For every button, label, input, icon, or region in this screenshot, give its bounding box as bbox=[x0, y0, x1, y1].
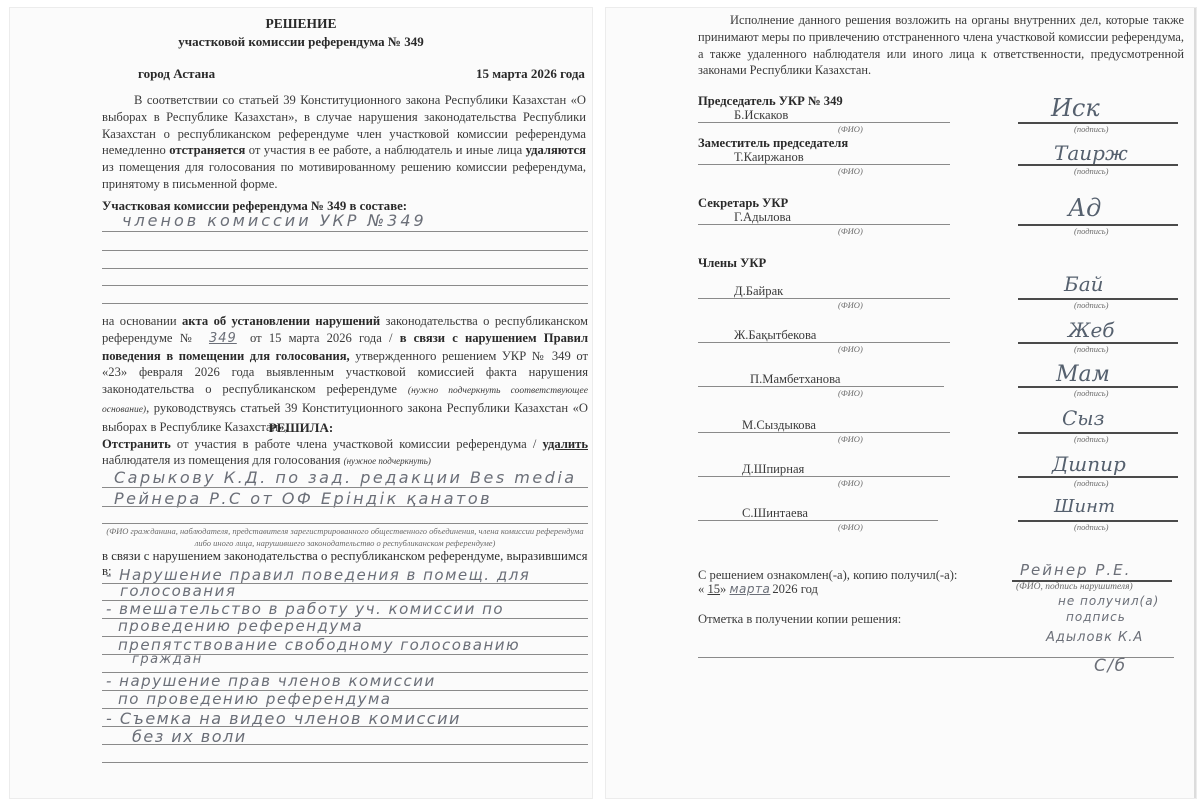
fio-caption: (ФИО) bbox=[838, 388, 863, 398]
fio-line bbox=[698, 122, 950, 123]
signature-caption: (подпись) bbox=[1074, 522, 1109, 532]
member-name: М.Сыздыкова bbox=[742, 418, 816, 433]
members-heading: Члены УКР bbox=[698, 256, 766, 271]
refusal-note: подпись bbox=[1066, 610, 1126, 624]
fio-caption: (ФИО) bbox=[838, 478, 863, 488]
name-deputy: Т.Каиржанов bbox=[734, 150, 804, 165]
decision-paragraph: Отстранить от участия в работе члена уча… bbox=[102, 436, 588, 469]
decision-bold-suspend: Отстранить bbox=[102, 437, 171, 451]
intro-bold-suspended: отстраняется bbox=[169, 143, 245, 157]
signature-caption: (подпись) bbox=[1074, 388, 1109, 398]
composition-handwritten: членов комиссии УКР №349 bbox=[122, 211, 427, 230]
fio-caption: (ФИО) bbox=[838, 226, 863, 236]
member-name: Ж.Бақытбекова bbox=[734, 328, 816, 343]
member-signature: Сыз bbox=[1062, 406, 1105, 430]
member-name: П.Мамбетханова bbox=[750, 372, 840, 387]
signature-chairman: Иск bbox=[1051, 94, 1100, 122]
fio-caption: (ФИО) bbox=[838, 300, 863, 310]
signature-caption: (подпись) bbox=[1074, 344, 1109, 354]
role-chairman: Председатель УКР № 349 bbox=[698, 94, 843, 109]
signature-caption: (подпись) bbox=[1074, 434, 1109, 444]
fio-line bbox=[698, 298, 950, 299]
signature-secretary: Ад bbox=[1068, 194, 1101, 222]
role-deputy: Заместитель председателя bbox=[698, 136, 848, 151]
fill-line bbox=[102, 231, 588, 232]
fill-line bbox=[102, 744, 588, 745]
member-name: Д.Байрак bbox=[734, 284, 783, 299]
city: город Астана bbox=[138, 66, 215, 82]
fio-line bbox=[698, 476, 950, 477]
fio-line bbox=[698, 432, 950, 433]
signature-caption: (подпись) bbox=[1074, 124, 1109, 134]
fill-line bbox=[102, 268, 588, 269]
role-secretary: Секретарь УКР bbox=[698, 196, 788, 211]
copy-receipt-label: Отметка в получении копии решения: bbox=[698, 612, 901, 627]
member-name: Д.Шпирная bbox=[742, 462, 804, 477]
member-signature: Бай bbox=[1064, 272, 1104, 296]
fill-line bbox=[102, 762, 588, 763]
refusal-note: С/б bbox=[1094, 656, 1127, 676]
fio-caption: (ФИО) bbox=[838, 522, 863, 532]
member-name: С.Шинтаева bbox=[742, 506, 808, 521]
basis-bold-act: акта об установлении нарушений bbox=[182, 314, 380, 328]
violation-line: голосования bbox=[120, 582, 236, 600]
document-subtitle: участковой комиссии референдума № 349 bbox=[10, 34, 592, 50]
fio-line bbox=[698, 386, 944, 387]
signature-caption: (подпись) bbox=[1074, 166, 1109, 176]
fill-line bbox=[102, 285, 588, 286]
violation-line: - вмешательство в работу уч. комиссии по bbox=[106, 600, 504, 618]
signature-caption: (подпись) bbox=[1074, 300, 1109, 310]
member-signature: Жеб bbox=[1068, 318, 1115, 342]
decision-bold-remove: удалить bbox=[543, 437, 588, 451]
member-signature: Шинт bbox=[1054, 496, 1115, 517]
date-day: 15 bbox=[707, 582, 720, 596]
intro-bold-removed: удаляются bbox=[526, 143, 586, 157]
signature-deputy: Таирж bbox=[1054, 141, 1128, 165]
refusal-note: Адыловк К.А bbox=[1046, 630, 1143, 645]
date-quote: » bbox=[720, 582, 729, 596]
intro-paragraph: В соответствии со статьей 39 Конституцио… bbox=[102, 92, 586, 193]
fio-caption: (ФИО) bbox=[838, 166, 863, 176]
decision-text: наблюдателя из помещения для голосования bbox=[102, 453, 344, 467]
removed-person-1: Сарыкову К.Д. по зад. редакции Bes media bbox=[114, 468, 577, 487]
fio-caption: (ФИО) bbox=[838, 434, 863, 444]
basis-paragraph: на основании акта об установлении наруше… bbox=[102, 313, 588, 436]
fio-line bbox=[698, 164, 950, 165]
acknowledgement-date: « 15» марта2026 год bbox=[698, 582, 818, 597]
fill-line bbox=[102, 523, 588, 524]
member-signature: Мам bbox=[1056, 362, 1110, 387]
fio-line bbox=[698, 224, 950, 225]
date-year: 2026 год bbox=[770, 582, 818, 596]
fio-line bbox=[698, 342, 950, 343]
refusal-note: не получил(а) bbox=[1058, 594, 1159, 608]
name-secretary: Г.Адылова bbox=[734, 210, 791, 225]
decision-italic-note: (нужное подчеркнуть) bbox=[344, 456, 431, 466]
document-page-2: Исполнение данного решения возложить на … bbox=[606, 8, 1196, 798]
violation-line: по проведению референдума bbox=[118, 690, 392, 708]
fio-line bbox=[698, 520, 938, 521]
decided-heading: РЕШИЛА: bbox=[10, 420, 592, 436]
document-page-1: РЕШЕНИЕ участковой комиссии референдума … bbox=[10, 8, 592, 798]
decision-text: от участия в работе члена участковой ком… bbox=[171, 437, 543, 451]
acknowledgement-label: С решением ознакомлен(-а), копию получил… bbox=[698, 568, 957, 583]
document-title: РЕШЕНИЕ bbox=[10, 16, 592, 32]
fill-line bbox=[102, 303, 588, 304]
name-chairman: Б.Искаков bbox=[734, 108, 788, 123]
intro-text: из помещения для голосования по мотивиро… bbox=[102, 160, 586, 191]
member-signature: Дшпир bbox=[1052, 452, 1126, 476]
date-month-handwritten: марта bbox=[730, 582, 771, 596]
act-number-handwritten: 349 bbox=[203, 331, 243, 346]
fill-line bbox=[102, 487, 588, 488]
violation-line: граждан bbox=[132, 652, 203, 667]
basis-text: от 15 марта 2026 года / bbox=[243, 331, 400, 345]
fill-line bbox=[102, 506, 588, 507]
violator-signature: Рейнер Р.Е. bbox=[1020, 561, 1131, 579]
fio-caption: (ФИО) bbox=[838, 344, 863, 354]
violator-caption: (ФИО, подпись нарушителя) bbox=[1016, 582, 1133, 592]
document-date: 15 марта 2026 года bbox=[476, 66, 585, 82]
signature-caption: (подпись) bbox=[1074, 478, 1109, 488]
basis-text: на основании bbox=[102, 314, 182, 328]
violation-line: - нарушение прав членов комиссии bbox=[106, 672, 436, 690]
fio-caption: (ФИО) bbox=[838, 124, 863, 134]
intro-text: от участия в ее работе, а наблюдатель и … bbox=[245, 143, 525, 157]
violation-line: проведению референдума bbox=[118, 617, 363, 635]
fio-caption: (ФИО гражданина, наблюдателя, представит… bbox=[102, 526, 588, 549]
execution-paragraph: Исполнение данного решения возложить на … bbox=[698, 12, 1184, 79]
fill-line bbox=[102, 250, 588, 251]
signature-caption: (подпись) bbox=[1074, 226, 1109, 236]
